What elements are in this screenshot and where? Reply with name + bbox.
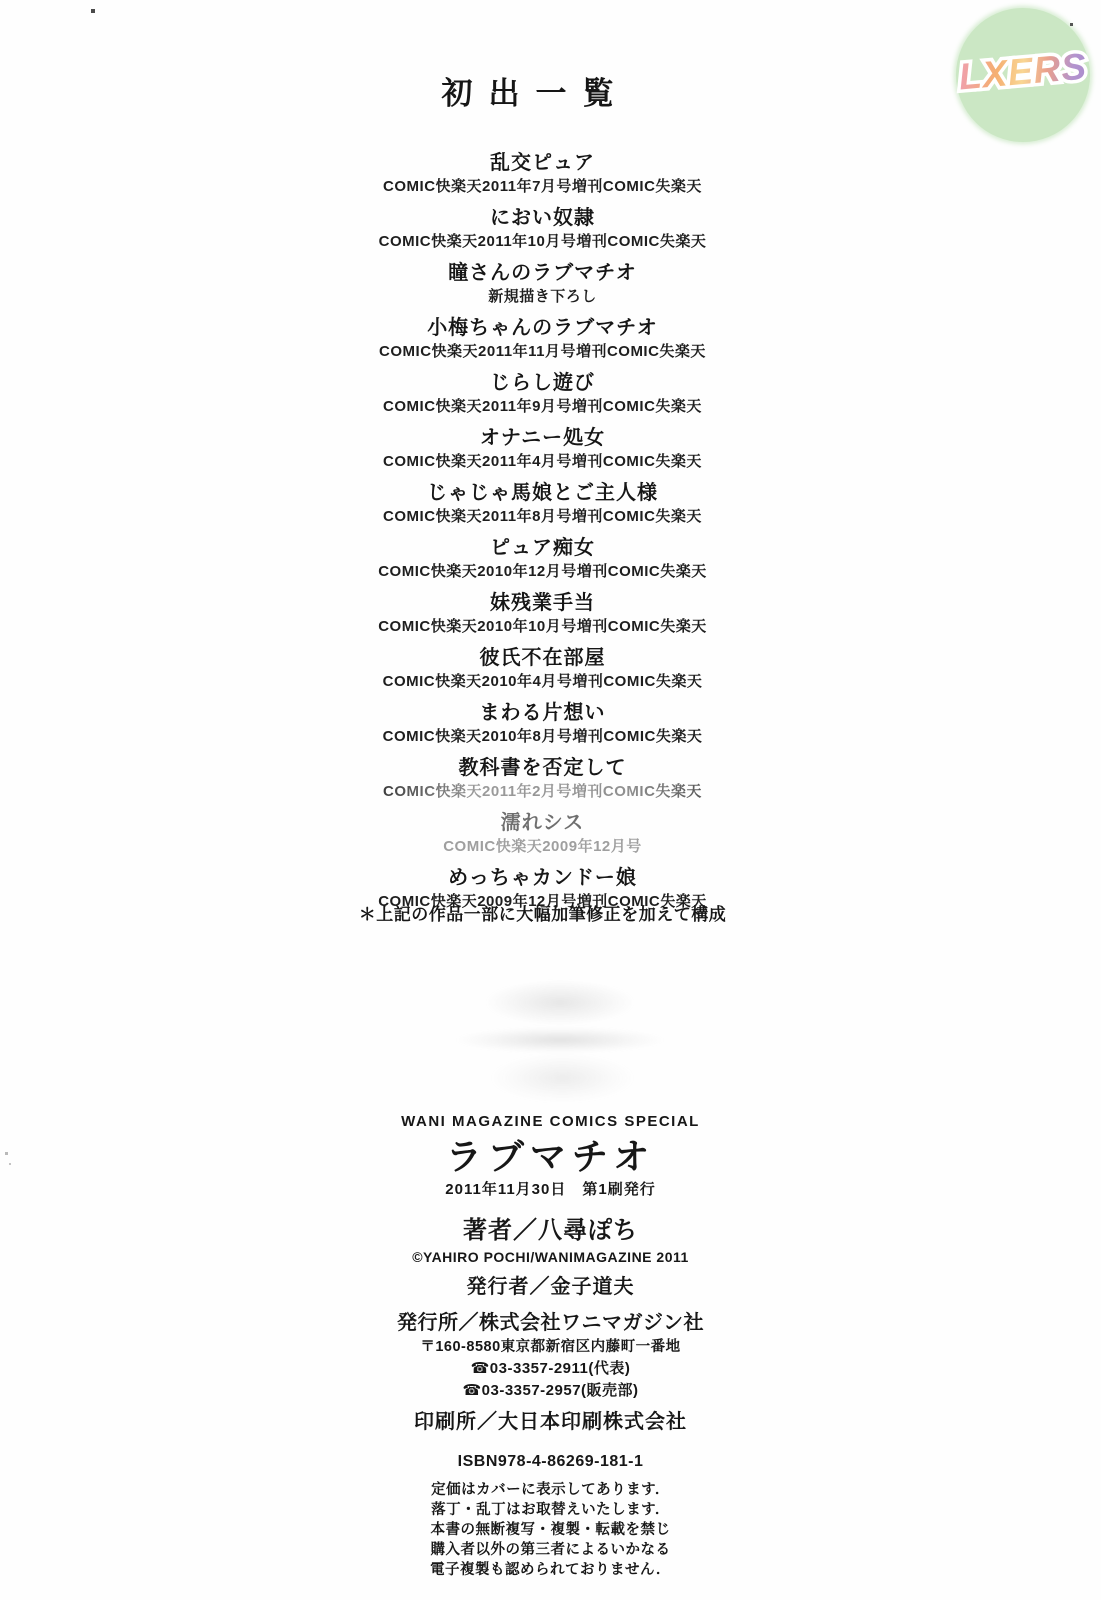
work-source: COMIC快楽天2011年2月号増刊COMIC失楽天 <box>0 781 1093 802</box>
list-item: におい奴隷 COMIC快楽天2011年10月号増刊COMIC失楽天 <box>0 205 1093 260</box>
work-title: 小梅ちゃんのラブマチオ <box>0 315 1093 341</box>
work-title: 濡れシス <box>0 810 1093 836</box>
list-item: まわる片想い COMIC快楽天2010年8月号増刊COMIC失楽天 <box>0 700 1093 755</box>
work-source: COMIC快楽天2010年12月号増刊COMIC失楽天 <box>0 561 1093 582</box>
isbn: ISBN978-4-86269-181-1 <box>0 1452 1101 1472</box>
list-item: 小梅ちゃんのラブマチオ COMIC快楽天2011年11月号増刊COMIC失楽天 <box>0 315 1093 370</box>
phone-main: ☎03-3357-2911(代表) <box>0 1359 1101 1379</box>
list-item: 濡れシス COMIC快楽天2009年12月号 <box>0 810 1093 865</box>
first-publication-list: 乱交ピュア COMIC快楽天2011年7月号増刊COMIC失楽天 におい奴隷 C… <box>0 150 1093 920</box>
list-item: 妹残業手当 COMIC快楽天2010年10月号増刊COMIC失楽天 <box>0 590 1093 645</box>
scan-speck <box>91 9 95 13</box>
work-title: におい奴隷 <box>0 205 1093 231</box>
book-title: ラブマチオ <box>0 1136 1101 1178</box>
phone-sales: ☎03-3357-2957(販売部) <box>0 1381 1101 1401</box>
colophon-block: WANI MAGAZINE COMICS SPECIAL ラブマチオ 2011年… <box>0 1112 1101 1580</box>
legal-line: 定価はカバーに表示してあります． <box>0 1480 1101 1500</box>
work-title: 教科書を否定して <box>0 755 1093 781</box>
work-source: COMIC快楽天2009年12月号 <box>0 836 1093 857</box>
work-title: 瞳さんのラブマチオ <box>0 260 1093 286</box>
stamp-blob <box>490 1053 635 1103</box>
author-line: 著者／八尋ぽち <box>0 1216 1101 1246</box>
page-title: 初出一覧 <box>0 68 1101 113</box>
work-source: 新規描き下ろし <box>0 286 1093 307</box>
print-date: 2011年11月30日 第1刷発行 <box>0 1180 1101 1200</box>
legal-notice: 定価はカバーに表示してあります． 落丁・乱丁はお取替えいたします． 本書の無断複… <box>0 1480 1101 1580</box>
series-label: WANI MAGAZINE COMICS SPECIAL <box>0 1112 1101 1132</box>
copyright-line: ©YAHIRO POCHI/WANIMAGAZINE 2011 <box>0 1248 1101 1266</box>
legal-line: 電子複製も認められておりません． <box>0 1560 1101 1580</box>
faint-stamp-artifact <box>455 965 665 1115</box>
revision-note: ＊上記の作品一部に大幅加筆修正を加えて構成 <box>0 903 1093 927</box>
list-item: 乱交ピュア COMIC快楽天2011年7月号増刊COMIC失楽天 <box>0 150 1093 205</box>
printer-line: 印刷所／大日本印刷株式会社 <box>0 1409 1101 1436</box>
scan-speck <box>1070 23 1073 26</box>
publisher-address: 〒160-8580東京都新宿区内藤町一番地 <box>0 1338 1101 1357</box>
work-source: COMIC快楽天2011年4月号増刊COMIC失楽天 <box>0 451 1093 472</box>
work-source: COMIC快楽天2010年8月号増刊COMIC失楽天 <box>0 726 1093 747</box>
work-title: 乱交ピュア <box>0 150 1093 176</box>
work-source: COMIC快楽天2011年7月号増刊COMIC失楽天 <box>0 176 1093 197</box>
work-source: COMIC快楽天2011年10月号増刊COMIC失楽天 <box>0 231 1093 252</box>
stamp-blob <box>485 980 635 1025</box>
list-item: じらし遊び COMIC快楽天2011年9月号増刊COMIC失楽天 <box>0 370 1093 425</box>
work-source: COMIC快楽天2010年10月号増刊COMIC失楽天 <box>0 616 1093 637</box>
colophon-page: LXERS LXERS 初出一覧 乱交ピュア COMIC快楽天2011年7月号増… <box>0 0 1101 1600</box>
work-source: COMIC快楽天2011年8月号増刊COMIC失楽天 <box>0 506 1093 527</box>
legal-line: 落丁・乱丁はお取替えいたします． <box>0 1500 1101 1520</box>
work-title: まわる片想い <box>0 700 1093 726</box>
list-item: 瞳さんのラブマチオ 新規描き下ろし <box>0 260 1093 315</box>
list-item: 教科書を否定して COMIC快楽天2011年2月号増刊COMIC失楽天 <box>0 755 1093 810</box>
list-item: 彼氏不在部屋 COMIC快楽天2010年4月号増刊COMIC失楽天 <box>0 645 1093 700</box>
legal-line: 購入者以外の第三者によるいかなる <box>0 1540 1101 1560</box>
work-source: COMIC快楽天2011年11月号増刊COMIC失楽天 <box>0 341 1093 362</box>
work-title: じらし遊び <box>0 370 1093 396</box>
work-title: 妹残業手当 <box>0 590 1093 616</box>
stamp-blob <box>455 1027 665 1053</box>
list-item: じゃじゃ馬娘とご主人様 COMIC快楽天2011年8月号増刊COMIC失楽天 <box>0 480 1093 535</box>
work-title: 彼氏不在部屋 <box>0 645 1093 671</box>
work-source: COMIC快楽天2010年4月号増刊COMIC失楽天 <box>0 671 1093 692</box>
work-title: めっちゃカンドー娘 <box>0 865 1093 891</box>
legal-line: 本書の無断複写・複製・転載を禁じ <box>0 1520 1101 1540</box>
publisher-company: 発行所／株式会社ワニマガジン社 <box>0 1310 1101 1336</box>
work-title: じゃじゃ馬娘とご主人様 <box>0 480 1093 506</box>
list-item: オナニー処女 COMIC快楽天2011年4月号増刊COMIC失楽天 <box>0 425 1093 480</box>
work-title: オナニー処女 <box>0 425 1093 451</box>
publisher-person: 発行者／金子道夫 <box>0 1274 1101 1300</box>
work-source: COMIC快楽天2011年9月号増刊COMIC失楽天 <box>0 396 1093 417</box>
work-title: ピュア痴女 <box>0 535 1093 561</box>
list-item: ピュア痴女 COMIC快楽天2010年12月号増刊COMIC失楽天 <box>0 535 1093 590</box>
